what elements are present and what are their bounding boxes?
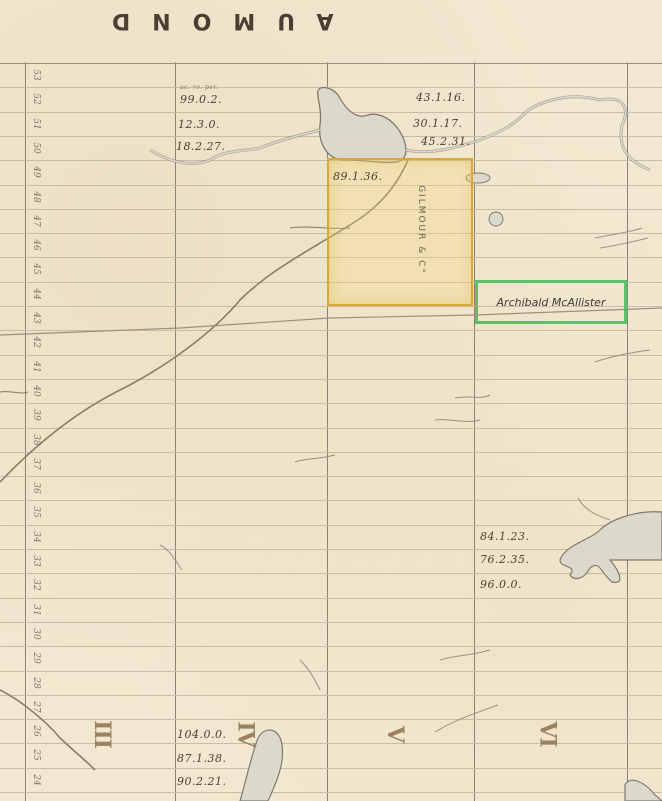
lot-number: 38 (31, 432, 41, 448)
acreage-label: 84.1.23. (480, 530, 529, 543)
lot-number: 39 (31, 407, 41, 423)
lot-number: 53 (31, 67, 41, 83)
lot-number: 40 (31, 383, 41, 399)
gilmour-lot-label: GILMOUR & C° (416, 185, 426, 275)
lot-number: 46 (31, 237, 41, 253)
lot-number: 31 (31, 602, 41, 618)
lake-east (560, 512, 662, 583)
lot-number: 49 (31, 164, 41, 180)
lot-number: 41 (31, 359, 41, 375)
acreage-label: ac. ro. per. (180, 84, 218, 91)
lot-number: 43 (31, 310, 41, 326)
lot-number: 30 (31, 626, 41, 642)
lot-number: 52 (31, 91, 41, 107)
acreage-label: 30.1.17. (413, 117, 462, 130)
lot-number: 25 (31, 747, 41, 763)
lot-number: 33 (31, 553, 41, 569)
lot-number: 50 (31, 140, 41, 156)
acreage-label: 87.1.38. (177, 752, 226, 765)
lot-number: 47 (31, 213, 41, 229)
acreage-label: 43.1.16. (416, 91, 465, 104)
concession-numeral: III (89, 720, 115, 748)
acreage-label: 104.0.0. (177, 728, 226, 741)
acreage-label: 12.3.0. (178, 118, 220, 131)
mcallister-owner-label: Archibald McAllister (497, 296, 606, 309)
lower-trail-path (0, 690, 95, 770)
lot-number: 32 (31, 577, 41, 593)
lot-number: 26 (31, 723, 41, 739)
acreage-label: 89.1.36. (333, 170, 382, 183)
acreage-label: 18.2.27. (176, 140, 225, 153)
lot-number: 37 (31, 456, 41, 472)
map-features (0, 0, 662, 801)
lot-number: 51 (31, 116, 41, 132)
lot-number: 48 (31, 189, 41, 205)
concession-numeral: V (382, 726, 408, 742)
lot-number: 35 (31, 504, 41, 520)
lot-number: 28 (31, 675, 41, 691)
lot-number: 34 (31, 529, 41, 545)
acreage-label: 96.0.0. (480, 578, 522, 591)
lot-number: 44 (31, 286, 41, 302)
mcallister-lot-highlight[interactable]: Archibald McAllister (475, 280, 627, 324)
lot-number: 45 (31, 261, 41, 277)
lake-north (318, 88, 406, 163)
acreage-label: 99.0.2. (180, 93, 222, 106)
acreage-label: 45.2.31. (421, 135, 470, 148)
concession-numeral: IV (233, 721, 259, 746)
lake-southeast (625, 780, 662, 801)
concession-numeral: VI (535, 721, 561, 746)
lot-number: 36 (31, 480, 41, 496)
lot-number: 42 (31, 334, 41, 350)
lot-number: 27 (31, 699, 41, 715)
pond-small (489, 212, 503, 226)
lot-number: 29 (31, 650, 41, 666)
acreage-label: 76.2.35. (480, 553, 529, 566)
lot-number: 24 (31, 772, 41, 788)
acreage-label: 90.2.21. (177, 775, 226, 788)
